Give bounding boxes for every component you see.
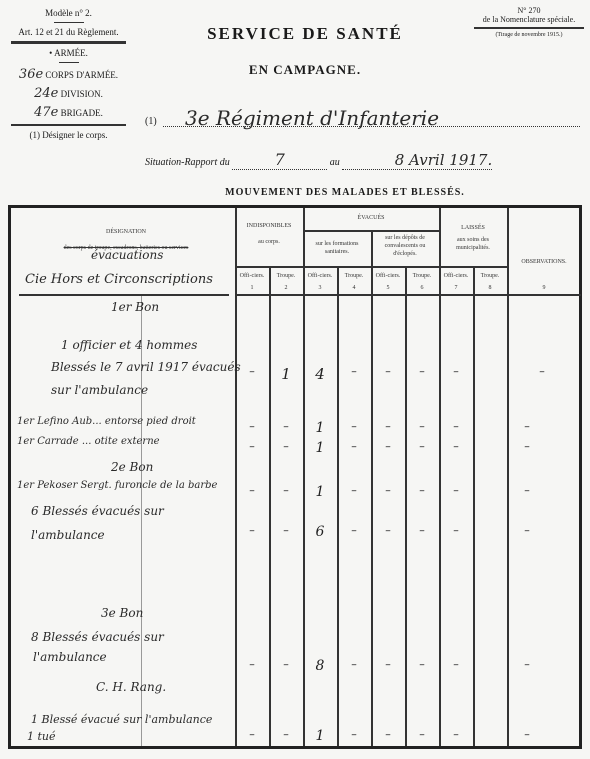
battalion-heading: 3e Bon [101, 606, 143, 620]
unit-header: Modèle n° 2. Art. 12 et 21 du Règlement.… [6, 4, 131, 144]
entry-line: 1 Blessé évacué sur l'ambulance [31, 713, 212, 726]
from-day: 7 [275, 150, 285, 169]
nomenclature-ref: N° 270 de la Nomenclature spéciale. (Tir… [470, 6, 588, 38]
entry-line: 1er Carrade ... otite externe [17, 436, 160, 447]
document-subtitle: EN CAMPAGNE. [180, 62, 430, 78]
entry-line: 1er Pekoser Sergt. furoncle de la barbe [17, 480, 217, 491]
battalion-heading: 2e Bon [111, 460, 153, 474]
army-label: • ARMÉE. [6, 48, 131, 58]
entry-line: 6 Blessés évacués sur [31, 504, 164, 518]
entry-line: Blessés le 7 avril 1917 évacués [51, 360, 241, 374]
brigade-field: 47e BRIGADE. [6, 105, 131, 120]
corps-field: 36e CORPS D'ARMÉE. [6, 67, 131, 82]
document-title: SERVICE DE SANTÉ [180, 24, 430, 44]
to-date: 8 Avril 1917. [395, 151, 493, 169]
movement-table: DÉSIGNATION des corps de troupe, escadro… [8, 205, 582, 749]
designation-header: DÉSIGNATION [31, 228, 221, 236]
footnote: (1) Désigner le corps. [6, 130, 131, 140]
regiment-field: (1) 3e Régiment d'Infanterie [145, 108, 590, 130]
entry-line: l'ambulance [33, 650, 107, 664]
entry-line: sur l'ambulance [51, 383, 148, 397]
entry-line: l'ambulance [31, 528, 105, 542]
observations-header: OBSERVATIONS. [509, 258, 579, 266]
situation-report-line: Situation-Rapport du 7 au 8 Avril 1917. [145, 150, 590, 170]
evacues-header: ÉVACUÉS [305, 214, 437, 222]
division-field: 24e DIVISION. [6, 86, 131, 101]
battalion-heading: C. H. Rang. [96, 680, 166, 694]
entry-line: 1 tué [27, 730, 56, 743]
article-ref: Art. 12 et 21 du Règlement. [6, 27, 131, 37]
regiment-value: 3e Régiment d'Infanterie [185, 106, 439, 130]
entry-line: 8 Blessés évacués sur [31, 630, 164, 644]
laisses-header: LAISSÉS [441, 224, 505, 232]
entry-line: 1 officier et 4 hommes [61, 338, 197, 352]
entry-line: 1er Lefino Aub... entorse pied droit [17, 416, 196, 427]
battalion-heading: 1er Bon [111, 300, 159, 314]
indisponibles-header: INDISPONIBLES [237, 222, 301, 230]
model-number: Modèle n° 2. [6, 8, 131, 18]
section-title: MOUVEMENT DES MALADES ET BLESSÉS. [180, 187, 510, 198]
